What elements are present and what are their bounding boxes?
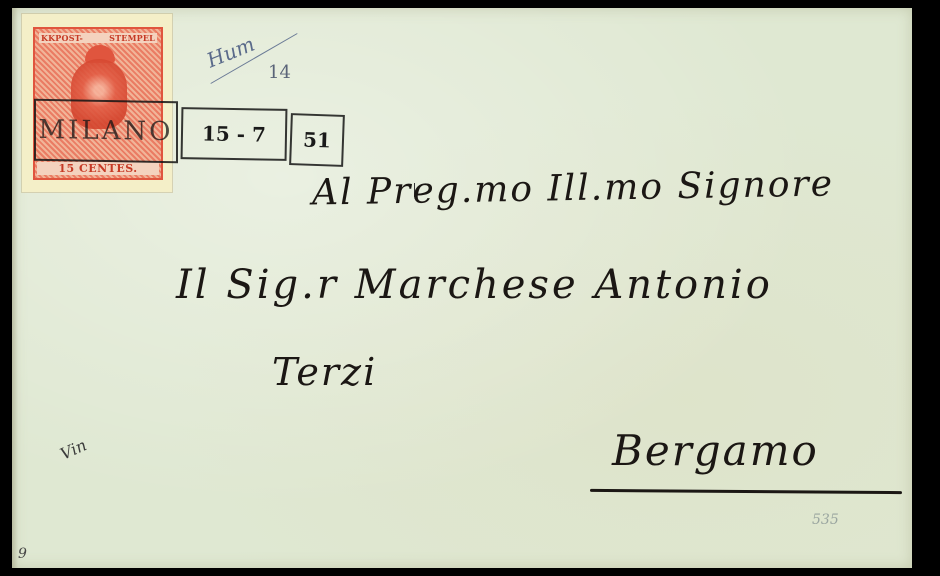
stamp-top-text: KKPOST- STEMPEL [39, 33, 157, 43]
address-line-2: Il Sig.r Marchese Antonio [176, 262, 773, 308]
stamp-top-left: KKPOST- [41, 33, 83, 43]
address-line-3: Terzi [272, 350, 377, 394]
pencil-faint-mark: 535 [812, 512, 839, 528]
boxed-postmark: MILANO 15 - 7 51 [34, 100, 347, 162]
stamp-top-right: STEMPEL [109, 33, 155, 43]
address-line-4: Bergamo [612, 426, 819, 475]
stamp-value: 15 CENTES. [37, 162, 159, 175]
paper-fold-shadow [12, 8, 18, 568]
postmark-date: 15 - 7 [181, 107, 288, 161]
postmark-town: MILANO [34, 99, 178, 164]
pencil-number: 14 [268, 62, 291, 83]
postmark-year: 51 [289, 113, 345, 167]
pencil-corner-mark: 9 [18, 546, 27, 562]
